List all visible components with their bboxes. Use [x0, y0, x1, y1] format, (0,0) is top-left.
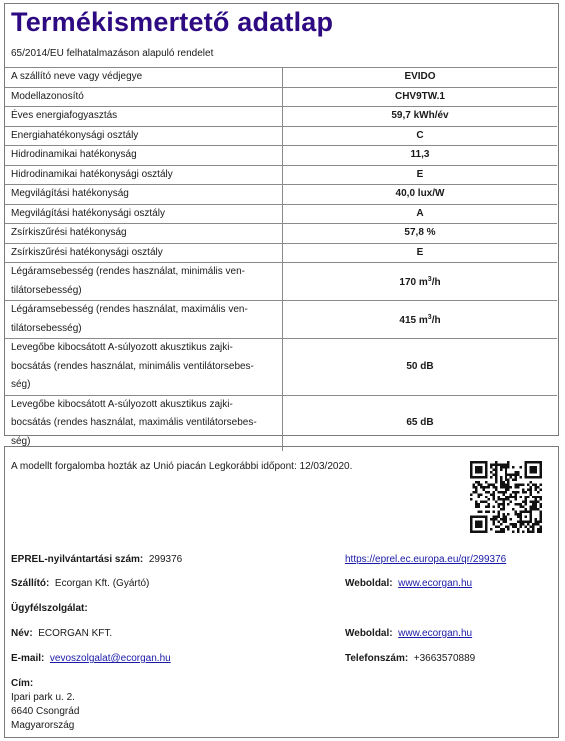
email-label: E-mail:: [11, 653, 44, 664]
spec-value: 59,7 kWh/év: [283, 107, 558, 127]
eprel-row: EPREL-nyilvántartási szám: 299376: [11, 554, 182, 565]
name-row: Név: ECORGAN KFT.: [11, 628, 112, 639]
spec-label: Hidrodinamikai hatékonyság: [5, 146, 283, 166]
product-fiche-table-section: Termékismertető adatlap 65/2014/EU felha…: [4, 3, 559, 436]
page-title: Termékismertető adatlap: [11, 7, 333, 38]
spec-label-line: Levegőbe kibocsátott A-súlyozott akuszti…: [11, 339, 276, 358]
spec-row: Megvilágítási hatékonysági osztályA: [5, 204, 557, 224]
spec-row: Hidrodinamikai hatékonyság11,3: [5, 146, 557, 166]
supplier-label: Szállító:: [11, 578, 49, 589]
spec-row: Légáramsebesség (rendes használat, minim…: [5, 263, 557, 301]
spec-value-unit: /h: [432, 315, 441, 326]
customer-service-heading: Ügyfélszolgálat:: [11, 603, 88, 614]
phone-value: +3663570889: [414, 653, 475, 664]
spec-label: Éves energiafogyasztás: [5, 107, 283, 127]
supplier-website-row: Weboldal: www.ecorgan.hu: [345, 578, 472, 589]
spec-label: Megvilágítási hatékonysági osztály: [5, 204, 283, 224]
service-website-row: Weboldal: www.ecorgan.hu: [345, 628, 472, 639]
spec-label: Modellazonosító: [5, 87, 283, 107]
address-line-2: 6640 Csongrád: [11, 706, 79, 717]
supplier-row: Szállító: Ecorgan Kft. (Gyártó): [11, 578, 149, 589]
spec-label-line: bocsátás (rendes használat, maximális ve…: [11, 414, 276, 433]
spec-value-unit: /h: [432, 277, 441, 288]
spec-row: Légáramsebesség (rendes használat, maxim…: [5, 301, 557, 339]
spec-label-line: bocsátás (rendes használat, minimális ve…: [11, 358, 276, 377]
spec-row: Levegőbe kibocsátott A-súlyozott akuszti…: [5, 395, 557, 451]
supplier-value: Ecorgan Kft. (Gyártó): [55, 578, 149, 589]
eprel-number: 299376: [149, 554, 182, 565]
spec-label: A szállító neve vagy védjegye: [5, 68, 283, 88]
address-line-1: Ipari park u. 2.: [11, 692, 75, 703]
spec-value: CHV9TW.1: [283, 87, 558, 107]
spec-row: ModellazonosítóCHV9TW.1: [5, 87, 557, 107]
spec-value: C: [283, 126, 558, 146]
spec-label-line: tilátorsebesség): [11, 320, 276, 339]
website2-label: Weboldal:: [345, 628, 393, 639]
spec-label-line: ség): [11, 376, 276, 395]
spec-label: Légáramsebesség (rendes használat, maxim…: [5, 301, 283, 339]
spec-value: 170 m3/h: [283, 263, 558, 301]
phone-row: Telefonszám: +3663570889: [345, 653, 475, 664]
eprel-label: EPREL-nyilvántartási szám:: [11, 554, 143, 565]
address-label: Cím:: [11, 678, 33, 689]
spec-row: A szállító neve vagy védjegyeEVIDO: [5, 68, 557, 88]
spec-value: EVIDO: [283, 68, 558, 88]
spec-label: Megvilágítási hatékonyság: [5, 185, 283, 205]
spec-label: Energiahatékonysági osztály: [5, 126, 283, 146]
spec-value: 40,0 lux/W: [283, 185, 558, 205]
spec-value: A: [283, 204, 558, 224]
spec-label: Légáramsebesség (rendes használat, minim…: [5, 263, 283, 301]
service-website-link[interactable]: www.ecorgan.hu: [398, 628, 472, 639]
spec-label-line: Légáramsebesség (rendes használat, minim…: [11, 263, 276, 282]
qr-code-icon[interactable]: [470, 461, 542, 533]
regulation-subtitle: 65/2014/EU felhatalmazáson alapuló rende…: [11, 48, 213, 59]
spec-value-number: 170 m: [399, 277, 427, 288]
spec-value: 415 m3/h: [283, 301, 558, 339]
spec-row: Zsírkiszűrési hatékonysági osztályE: [5, 243, 557, 263]
eprel-link[interactable]: https://eprel.ec.europa.eu/qr/299376: [345, 554, 506, 565]
spec-value-number: 415 m: [399, 315, 427, 326]
spec-value: E: [283, 243, 558, 263]
supplier-info-section: A modellt forgalomba hozták az Unió piac…: [4, 446, 559, 738]
website-label: Weboldal:: [345, 578, 393, 589]
spec-label: Zsírkiszűrési hatékonysági osztály: [5, 243, 283, 263]
market-date-text: A modellt forgalomba hozták az Unió piac…: [11, 461, 352, 472]
spec-value: 50 dB: [283, 339, 558, 396]
name-value: ECORGAN KFT.: [38, 628, 112, 639]
spec-label: Zsírkiszűrési hatékonyság: [5, 224, 283, 244]
spec-label-line: tilátorsebesség): [11, 282, 276, 301]
spec-table: A szállító neve vagy védjegyeEVIDOModell…: [5, 67, 557, 451]
supplier-website-link[interactable]: www.ecorgan.hu: [398, 578, 472, 589]
name-label: Név:: [11, 628, 33, 639]
spec-row: Hidrodinamikai hatékonysági osztályE: [5, 165, 557, 185]
spec-value: E: [283, 165, 558, 185]
spec-label-line: Légáramsebesség (rendes használat, maxim…: [11, 301, 276, 320]
spec-row: Levegőbe kibocsátott A-súlyozott akuszti…: [5, 339, 557, 396]
spec-row: Éves energiafogyasztás59,7 kWh/év: [5, 107, 557, 127]
spec-value: 11,3: [283, 146, 558, 166]
spec-value: 65 dB: [283, 395, 558, 451]
spec-row: Megvilágítási hatékonyság40,0 lux/W: [5, 185, 557, 205]
spec-label-line: Levegőbe kibocsátott A-súlyozott akuszti…: [11, 396, 276, 415]
address-line-3: Magyarország: [11, 720, 74, 731]
spec-row: Zsírkiszűrési hatékonyság57,8 %: [5, 224, 557, 244]
spec-value: 57,8 %: [283, 224, 558, 244]
phone-label: Telefonszám:: [345, 653, 408, 664]
spec-row: Energiahatékonysági osztályC: [5, 126, 557, 146]
spec-label: Levegőbe kibocsátott A-súlyozott akuszti…: [5, 395, 283, 451]
spec-label: Levegőbe kibocsátott A-súlyozott akuszti…: [5, 339, 283, 396]
spec-label: Hidrodinamikai hatékonysági osztály: [5, 165, 283, 185]
email-row: E-mail: vevoszolgalat@ecorgan.hu: [11, 653, 171, 664]
email-link[interactable]: vevoszolgalat@ecorgan.hu: [50, 653, 171, 664]
